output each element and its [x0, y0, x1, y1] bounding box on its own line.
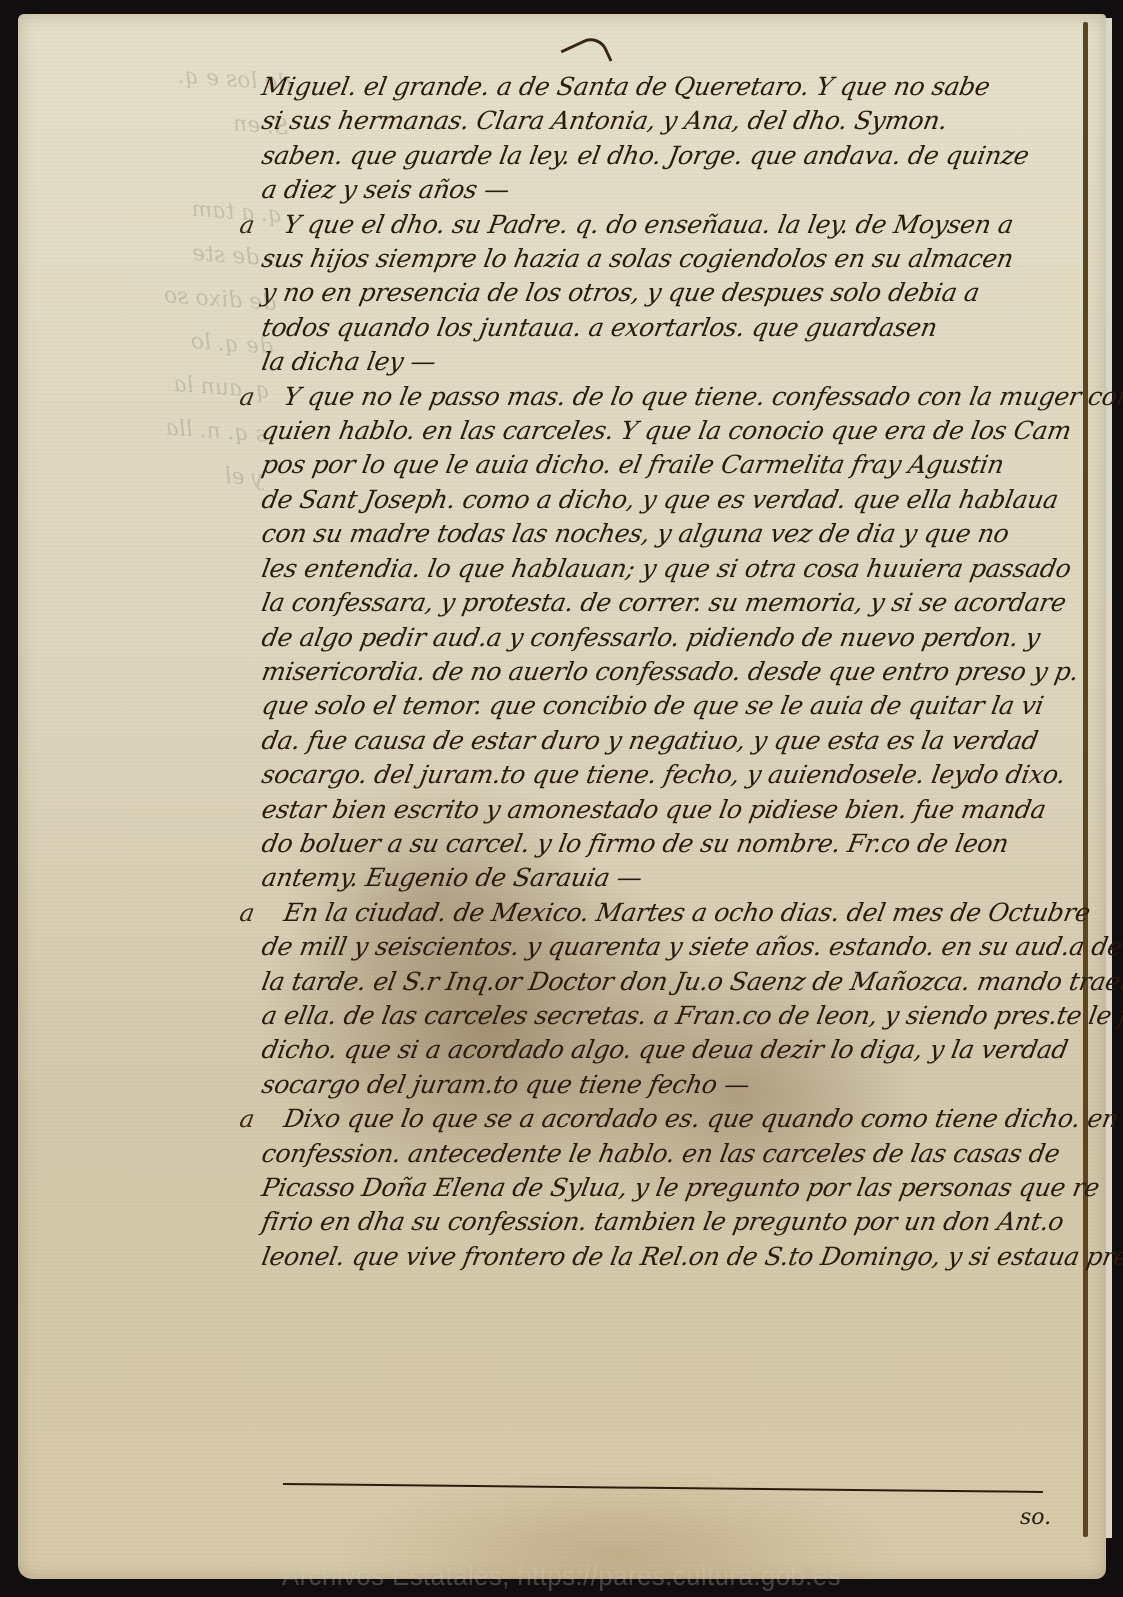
manuscript-line-text: Y que no le passo mas. de lo que tiene. … — [282, 382, 1123, 411]
manuscript-line: y no en presencia de los otros, y que de… — [259, 276, 1085, 310]
manuscript-line-text: antemy. Eugenio de Sarauia — — [260, 863, 645, 892]
manuscript-line-text: confession. antecedente le hablo. en las… — [260, 1139, 1062, 1168]
manuscript-line-text: de mill y seiscientos. y quarenta y siet… — [260, 932, 1123, 961]
manuscript-line: estar bien escrito y amonestado que lo p… — [259, 793, 1085, 827]
manuscript-line-text: de algo pedir aud.a y confessarlo. pidie… — [260, 623, 1043, 652]
manuscript-line-text: a diez y seis años — — [260, 175, 512, 204]
manuscript-line: de algo pedir aud.a y confessarlo. pidie… — [259, 621, 1085, 655]
manuscript-line-text: En la ciudad. de Mexico. Martes a ocho d… — [282, 898, 1093, 927]
manuscript-line: Picasso Doña Elena de Sylua, y le pregun… — [259, 1171, 1085, 1205]
manuscript-line-text: Miguel. el grande. a de Santa de Quereta… — [260, 72, 993, 101]
manuscript-line-text: y no en presencia de los otros, y que de… — [260, 278, 982, 307]
manuscript-line: la tarde. el S.r Inq.or Doctor don Ju.o … — [259, 965, 1085, 999]
manuscript-line: con su madre todas las noches, y alguna … — [259, 517, 1085, 551]
manuscript-line-text: si sus hermanas. Clara Antonia, y Ana, d… — [260, 106, 950, 135]
manuscript-line: les entendia. lo que hablauan; y que si … — [259, 552, 1085, 586]
manuscript-line-text: firio en dha su confession. tambien le p… — [260, 1207, 1066, 1236]
manuscript-line-text: la tarde. el S.r Inq.or Doctor don Ju.o … — [260, 967, 1123, 996]
manuscript-text-block: Miguel. el grande. a de Santa de Quereta… — [262, 70, 1082, 1274]
manuscript-line: sus hijos siempre lo hazia a solas cogie… — [259, 242, 1085, 276]
manuscript-line: da. fue causa de estar duro y negatiuo, … — [259, 724, 1085, 758]
manuscript-line: saben. que guarde la ley. el dho. Jorge.… — [259, 139, 1085, 173]
manuscript-line: que solo el temor. que concibio de que s… — [259, 689, 1085, 723]
manuscript-line-text: socargo del juram.to que tiene fecho — — [260, 1070, 752, 1099]
manuscript-line: quien hablo. en las carceles. Y que la c… — [259, 414, 1085, 448]
manuscript-line-text: saben. que guarde la ley. el dho. Jorge.… — [260, 141, 1032, 170]
manuscript-line-text: la confessara, y protesta. de correr. su… — [260, 588, 1069, 617]
manuscript-line-text: con su madre todas las noches, y alguna … — [260, 519, 1012, 548]
manuscript-line: leonel. que vive frontero de la Rel.on d… — [259, 1240, 1085, 1274]
manuscript-line-text: les entendia. lo que hablauan; y que si … — [260, 554, 1074, 583]
archive-watermark: Archivos Estatales, https://pares.cultur… — [45, 1560, 1078, 1592]
manuscript-line: socargo. del juram.to que tiene. fecho, … — [259, 758, 1085, 792]
manuscript-line-text: todos quando los juntaua. a exortarlos. … — [260, 313, 940, 342]
manuscript-line-text: misericordia. de no auerlo confessado. d… — [260, 657, 1081, 686]
manuscript-line: la dicha ley — — [259, 345, 1085, 379]
manuscript-line-text: Picasso Doña Elena de Sylua, y le pregun… — [260, 1173, 1102, 1202]
manuscript-line: la confessara, y protesta. de correr. su… — [259, 586, 1085, 620]
manuscript-line: dicho. que si a acordado algo. que deua … — [259, 1033, 1085, 1067]
bleed-through-text: de los e q. S. en q. a tam a de ste de d… — [33, 47, 293, 502]
manuscript-line: aDixo que lo que se a acordado es. que q… — [259, 1102, 1085, 1136]
manuscript-line-text: do boluer a su carcel. y lo firmo de su … — [260, 829, 1011, 858]
manuscript-line: a diez y seis años — — [259, 173, 1085, 207]
manuscript-line-text: sus hijos siempre lo hazia a solas cogie… — [260, 244, 1016, 273]
manuscript-line: misericordia. de no auerlo confessado. d… — [259, 655, 1085, 689]
manuscript-line-text: dicho. que si a acordado algo. que deua … — [260, 1035, 1071, 1064]
manuscript-line-text: que solo el temor. que concibio de que s… — [260, 691, 1046, 720]
manuscript-line: firio en dha su confession. tambien le p… — [259, 1205, 1085, 1239]
manuscript-line: confession. antecedente le hablo. en las… — [259, 1137, 1085, 1171]
manuscript-line-text: da. fue causa de estar duro y negatiuo, … — [260, 726, 1041, 755]
manuscript-line-text: la dicha ley — — [260, 347, 439, 376]
manuscript-line: do boluer a su carcel. y lo firmo de su … — [259, 827, 1085, 861]
manuscript-line: de mill y seiscientos. y quarenta y siet… — [259, 930, 1085, 964]
manuscript-line: Miguel. el grande. a de Santa de Quereta… — [259, 70, 1085, 104]
manuscript-line-text: leonel. que vive frontero de la Rel.on d… — [260, 1242, 1123, 1271]
manuscript-line-text: de Sant Joseph. como a dicho, y que es v… — [260, 485, 1061, 514]
manuscript-line: antemy. Eugenio de Sarauia — — [259, 861, 1085, 895]
manuscript-line-text: socargo. del juram.to que tiene. fecho, … — [260, 760, 1068, 789]
manuscript-line-text: Dixo que lo que se a acordado es. que qu… — [282, 1104, 1123, 1133]
manuscript-line-text: Y que el dho. su Padre. q. do enseñaua. … — [282, 210, 1016, 239]
manuscript-line: todos quando los juntaua. a exortarlos. … — [259, 311, 1085, 345]
document-viewer: de los e q. S. en q. a tam a de ste de d… — [0, 0, 1123, 1597]
manuscript-line: pos por lo que le auia dicho. el fraile … — [259, 448, 1085, 482]
catchword: so. — [1020, 1505, 1051, 1530]
manuscript-line: a ella. de las carceles secretas. a Fran… — [259, 999, 1085, 1033]
manuscript-line: aY que no le passo mas. de lo que tiene.… — [259, 380, 1085, 414]
manuscript-line-text: estar bien escrito y amonestado que lo p… — [260, 795, 1049, 824]
manuscript-line: socargo del juram.to que tiene fecho — — [259, 1068, 1085, 1102]
manuscript-line: aEn la ciudad. de Mexico. Martes a ocho … — [259, 896, 1085, 930]
manuscript-line-text: quien hablo. en las carceles. Y que la c… — [260, 416, 1074, 445]
manuscript-line: aY que el dho. su Padre. q. do enseñaua.… — [259, 208, 1085, 242]
manuscript-line-text: a ella. de las carceles secretas. a Fran… — [260, 1001, 1123, 1030]
manuscript-line-text: pos por lo que le auia dicho. el fraile … — [260, 450, 1007, 479]
manuscript-line: de Sant Joseph. como a dicho, y que es v… — [259, 483, 1085, 517]
manuscript-line: si sus hermanas. Clara Antonia, y Ana, d… — [259, 104, 1085, 138]
